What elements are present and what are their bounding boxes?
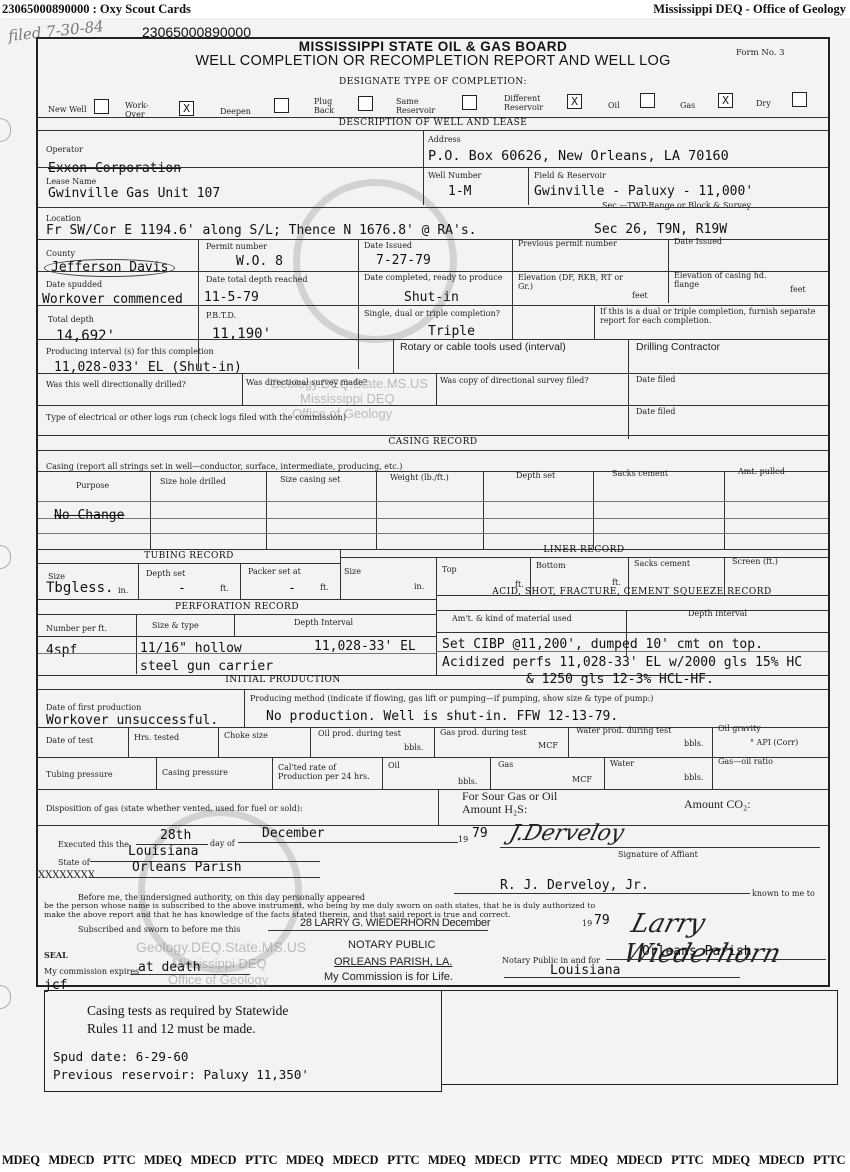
divider xyxy=(310,727,311,757)
date-td-value: 11-5-79 xyxy=(204,291,259,305)
perf-size-label: Size & type xyxy=(152,621,199,630)
new-well-checkbox[interactable] xyxy=(94,99,109,114)
oil-prod-label: Oil prod. during test xyxy=(318,729,401,738)
divider xyxy=(38,825,828,826)
date-completed-value: Shut-in xyxy=(404,291,459,305)
acid-line-2: Acidized perfs 11,028-33' EL w/2000 gls … xyxy=(442,656,802,670)
bbls-unit: bbls. xyxy=(684,739,703,748)
elevation-label: Elevation (DF, RKB, RT or Gr.) xyxy=(518,273,633,291)
day-of-label: day of xyxy=(210,839,235,848)
sec-twp-value: Sec 26, T9N, R19W xyxy=(594,223,727,237)
ft-unit: ft. xyxy=(220,584,229,593)
divider xyxy=(724,471,725,549)
note-line-2: Rules 11 and 12 must be made. xyxy=(87,1021,256,1037)
completion-type-label: Deepen xyxy=(220,107,251,116)
divider xyxy=(38,450,828,451)
executed-label: Executed this the xyxy=(58,840,129,849)
divider xyxy=(38,533,828,534)
notes-box: Casing tests as required by Statewide Ru… xyxy=(44,990,442,1092)
notary-signature: Larry Wiederhorn xyxy=(620,909,836,969)
acid-material-label: Am't. & kind of material used xyxy=(452,614,572,623)
completion-type-label: Gas xyxy=(680,101,695,110)
permit-number-value: W.O. 8 xyxy=(236,255,283,269)
divider xyxy=(38,167,828,168)
divider xyxy=(38,789,828,790)
well-completion-form: Geology.DEQ.State.MS.US Mississippi DEQ … xyxy=(36,37,830,987)
tubing-size-unit: in. xyxy=(118,586,128,595)
agency-title: Mississippi DEQ - Office of Geology xyxy=(653,2,846,17)
spud-date: Spud date: 6-29-60 xyxy=(53,1049,188,1064)
divider xyxy=(568,727,569,757)
tubing-depth-value: - xyxy=(178,582,186,596)
underline xyxy=(454,893,750,894)
divider xyxy=(128,727,129,757)
divider xyxy=(528,167,529,205)
divider xyxy=(38,501,828,502)
notary-parish: Orleans Parish xyxy=(642,945,752,959)
gas-label: Gas xyxy=(498,760,513,769)
tubing-pressure-label: Tubing pressure xyxy=(46,770,113,779)
field-reservoir-value: Gwinville - Paluxy - 11,000' xyxy=(534,185,753,199)
well-number-label: Well Number xyxy=(428,171,481,180)
casing-elev-unit: feet xyxy=(790,285,806,294)
disposition-label: Disposition of gas (state whether vented… xyxy=(46,804,303,813)
dual-note: If this is a dual or triple completion, … xyxy=(600,307,820,325)
divider xyxy=(490,757,491,789)
location-label: Location xyxy=(46,214,81,223)
address-label: Address xyxy=(428,135,461,144)
date-spudded-label: Date spudded xyxy=(46,280,102,289)
divider xyxy=(218,727,219,757)
casing-col-depth: Depth set xyxy=(516,471,555,480)
dir-survey-label: Was directional survey made? xyxy=(246,378,367,387)
elevation-unit: feet xyxy=(632,291,648,300)
drilling-contractor-label: Drilling Contractor xyxy=(636,341,720,353)
divider xyxy=(438,789,439,825)
gas-prod-label: Gas prod. during test xyxy=(440,728,527,737)
operator-value: Exxon Corporation xyxy=(48,162,181,176)
acid-line-3: & 1250 gls 12-3% HCL-HF. xyxy=(526,673,714,687)
divider xyxy=(436,610,828,611)
hrs-tested-label: Hrs. tested xyxy=(134,733,179,742)
directional-label: Was this well directionally drilled? xyxy=(46,380,186,389)
bbls-unit: bbls. xyxy=(458,777,477,786)
notary-stamp: NOTARY PUBLIC xyxy=(348,939,435,951)
divider xyxy=(266,471,267,549)
document-id-title: 23065000890000 : Oxy Scout Cards xyxy=(2,2,191,17)
divider xyxy=(38,563,340,564)
total-depth-value: 14,692' xyxy=(56,329,115,343)
completion-type-label: Plug Back xyxy=(314,97,344,115)
state-value: Louisiana xyxy=(128,845,198,859)
address-value: P.O. Box 60626, New Orleans, LA 70160 xyxy=(428,149,729,163)
notary-stamp: My Commission is for Life. xyxy=(324,971,453,983)
choke-size-label: Choke size xyxy=(224,731,268,740)
liner-size-unit: in. xyxy=(414,582,424,591)
liner-sacks-label: Sacks cement xyxy=(634,559,690,568)
divider xyxy=(38,305,828,306)
completion-type-label: New Well xyxy=(48,105,87,114)
underline xyxy=(606,959,826,960)
underline xyxy=(238,842,458,843)
well-number-value: 1-M xyxy=(448,185,471,199)
divider xyxy=(436,595,437,675)
commission-value: at death xyxy=(138,961,201,975)
date-td-label: Date total depth reached xyxy=(206,275,308,284)
divider xyxy=(136,614,137,674)
operator-label: Operator xyxy=(46,145,83,154)
liner-header: LINER RECORD xyxy=(340,545,828,555)
perf-number-value: 4spf xyxy=(46,644,77,658)
completion-type-label: Oil xyxy=(608,101,620,110)
lease-name-label: Lease Name xyxy=(46,177,96,186)
divider xyxy=(436,373,437,405)
divider xyxy=(240,563,241,599)
dry-checkbox[interactable] xyxy=(792,92,807,107)
county-label: County xyxy=(46,249,75,258)
designate-label: DESIGNATE TYPE OF COMPLETION: xyxy=(38,77,828,87)
notes-box-right xyxy=(441,990,838,1085)
h2s-label: Amount H₂S: xyxy=(462,802,527,817)
divider xyxy=(376,471,377,549)
divider xyxy=(234,614,235,636)
water-prod-label: Water prod. during test xyxy=(576,726,671,735)
sec-twp-label: Sec.—TWP-Range or Block & Survey xyxy=(602,201,751,210)
affiant-name: R. J. Derveloy, Jr. xyxy=(500,879,649,893)
completion-type-label: Dry xyxy=(756,99,771,108)
executed-month: December xyxy=(262,827,325,841)
executed-year: 79 xyxy=(472,827,488,841)
casing-col-pulled: Amt. pulled xyxy=(738,467,785,476)
logs-label: Type of electrical or other logs run (ch… xyxy=(46,413,346,422)
liner-bottom-label: Bottom xyxy=(536,561,566,570)
lease-name-value: Gwinville Gas Unit 107 xyxy=(48,187,220,201)
oil-label: Oil xyxy=(388,761,400,770)
acid-line-1: Set CIBP @11,200', dumped 10' cmt on top… xyxy=(442,638,763,652)
divider xyxy=(436,632,828,633)
casing-col-size: Size casing set xyxy=(280,475,340,484)
casing-col-purpose: Purpose xyxy=(76,481,109,490)
divider xyxy=(382,757,383,789)
divider xyxy=(38,207,828,208)
perf-depth-label: Depth Interval xyxy=(294,618,353,627)
first-prod-value: Workover unsuccessful. xyxy=(46,714,218,728)
completion-type-label: Different Reservoir xyxy=(504,94,552,112)
divider xyxy=(156,757,157,789)
county-value: Jefferson Davis xyxy=(44,259,175,277)
subscribed-year: 79 xyxy=(594,914,610,928)
divider xyxy=(434,727,435,757)
divider xyxy=(483,471,484,549)
acid-depth-label: Depth Interval xyxy=(688,609,747,618)
producing-interval-label: Producing interval (s) for this completi… xyxy=(46,347,214,356)
rotary-label: Rotary or cable tools used (interval) xyxy=(400,341,566,353)
parish-value: Orleans Parish xyxy=(132,861,242,875)
location-value: Fr SW/Cor E 1194.6' along S/L; Thence N … xyxy=(46,224,476,238)
casing-value: No Change xyxy=(54,509,124,523)
divider xyxy=(628,339,629,439)
previous-permit-label: Previous permit number xyxy=(518,239,617,248)
form-subtitle: WELL COMPLETION OR RECOMPLETION REPORT A… xyxy=(38,53,828,69)
seal-label: SEAL xyxy=(44,951,68,960)
subscribed-label: Subscribed and sworn to before me this xyxy=(78,925,240,934)
dir-copy-label: Was copy of directional survey filed? xyxy=(440,376,620,385)
pbtd-label: P.B.T.D. xyxy=(206,311,236,320)
same-reservoir-checkbox[interactable] xyxy=(462,95,477,110)
date-completed-label: Date completed, ready to produce xyxy=(364,273,504,282)
ft-unit: ft. xyxy=(320,583,329,592)
divider xyxy=(244,689,245,727)
divider xyxy=(138,563,139,599)
gas-oil-ratio-label: Gas—oil ratio xyxy=(718,757,773,766)
watermark-text: Geology.DEQ.State.MS.US xyxy=(136,939,306,955)
form-number: Form No. 3 xyxy=(736,49,785,58)
year-prefix: 19 xyxy=(458,835,468,844)
watermark-text: Mississippi DEQ xyxy=(300,391,395,406)
form-title: MISSISSIPPI STATE OIL & GAS BOARD xyxy=(38,39,828,54)
underline xyxy=(268,930,488,931)
casing-col-sacks: Sacks cement xyxy=(612,469,668,478)
divider xyxy=(38,518,828,519)
total-depth-label: Total depth xyxy=(48,315,94,324)
notary-stamp: ORLEANS PARISH, LA. xyxy=(334,956,452,968)
permit-number-label: Permit number xyxy=(206,242,267,251)
divider xyxy=(712,727,713,757)
previous-reservoir: Previous reservoir: Paluxy 11,350' xyxy=(53,1067,309,1082)
oil-checkbox[interactable] xyxy=(640,93,655,108)
casing-header: CASING RECORD xyxy=(38,437,828,447)
perf-header: PERFORATION RECORD xyxy=(38,602,436,612)
affiant-signature: J.Derveloy xyxy=(507,821,627,846)
divider xyxy=(38,435,828,436)
completion-kind-value: Triple xyxy=(428,325,475,339)
date-issued-label: Date Issued xyxy=(364,241,412,250)
divider xyxy=(393,339,394,373)
divider xyxy=(38,689,828,690)
underline xyxy=(130,974,250,975)
signature-label: Signature of Affiant xyxy=(618,850,698,859)
commission-label: My commission expires xyxy=(44,967,139,976)
plug-back-checkbox[interactable] xyxy=(358,96,373,111)
divider xyxy=(38,339,828,340)
mcf-unit: MCF xyxy=(538,741,558,750)
divider xyxy=(38,471,828,472)
mcf-unit: MCF xyxy=(572,775,592,784)
first-prod-label: Date of first production xyxy=(46,703,141,712)
casing-elev-label: Elevation of casing hd. flange xyxy=(674,271,774,289)
casing-note: Casing (report all strings set in well—c… xyxy=(46,462,402,471)
divider xyxy=(38,599,436,600)
bbls-unit: bbls. xyxy=(684,773,703,782)
subscribed-value: 28 LARRY G. WIEDERHORN December xyxy=(300,917,490,929)
county-of-struck: XXXXXXXX xyxy=(38,871,95,880)
tubing-size-value: Tbgless. xyxy=(46,581,113,595)
date-issued-value: 7-27-79 xyxy=(376,254,431,268)
divider xyxy=(38,614,436,615)
date-filed2-label: Date filed xyxy=(636,407,675,416)
year-prefix: 19 xyxy=(582,919,592,928)
api-unit: ° API (Corr) xyxy=(750,738,798,747)
work-over-checkbox[interactable]: X xyxy=(179,101,194,116)
divider xyxy=(594,305,595,339)
date-of-test-label: Date of test xyxy=(46,736,93,745)
perf-size-value-2: steel gun carrier xyxy=(140,660,273,674)
divider xyxy=(38,653,436,654)
divider xyxy=(436,651,828,652)
field-reservoir-label: Field & Reservoir xyxy=(534,171,606,180)
description-header: DESCRIPTION OF WELL AND LEASE xyxy=(38,118,828,128)
different-reservoir-checkbox[interactable]: X xyxy=(567,94,582,109)
liner-size-label: Size xyxy=(344,567,361,576)
casing-pressure-label: Casing pressure xyxy=(162,768,228,777)
divider xyxy=(38,727,828,728)
divider xyxy=(423,167,424,205)
divider xyxy=(150,471,151,549)
affiant-text: be the person whose name is subscribed t… xyxy=(44,901,595,910)
date-filed-label: Date filed xyxy=(636,375,675,384)
divider xyxy=(38,405,828,406)
watermark-logo xyxy=(293,179,457,343)
acid-header: ACID, SHOT, FRACTURE, CEMENT SQUEEZE REC… xyxy=(436,587,828,597)
affiant-known: known to me to xyxy=(752,889,815,898)
note-line-1: Casing tests as required by Statewide xyxy=(87,1003,288,1019)
underline xyxy=(500,847,820,848)
viewer-header: 23065000890000 : Oxy Scout Cards Mississ… xyxy=(0,0,850,18)
casing-col-hole: Size hole drilled xyxy=(160,477,226,486)
prod-method-label: Producing method (indicate if flowing, g… xyxy=(250,694,653,703)
divider xyxy=(242,373,243,405)
divider xyxy=(593,471,594,549)
divider xyxy=(712,757,713,789)
divider xyxy=(38,130,828,131)
prev-date-issued-label: Date Issued xyxy=(674,237,722,246)
tubing-header: TUBING RECORD xyxy=(38,551,340,561)
footer-banner: MDEQ MDECD PTTC MDEQ MDECD PTTC MDEQ MDE… xyxy=(0,1153,850,1172)
ft-unit: ft. xyxy=(612,578,621,587)
water-label: Water xyxy=(610,759,634,768)
completion-kind-label: Single, dual or triple completion? xyxy=(364,309,500,318)
tubing-packer-label: Packer set at xyxy=(248,567,301,576)
casing-col-weight: Weight (lb./ft.) xyxy=(390,473,449,482)
executed-day: 28th xyxy=(160,829,191,843)
perf-depth-value: 11,028-33' EL xyxy=(314,640,416,654)
oil-gravity-label: Oil gravity xyxy=(718,724,761,733)
tubing-packer-value: - xyxy=(288,582,296,596)
co2-label: Amount CO₂: xyxy=(684,797,751,812)
divider xyxy=(38,373,828,374)
prod-method-value: No production. Well is shut-in. FFW 12-1… xyxy=(266,710,618,724)
state-label: State of xyxy=(58,858,90,867)
liner-top-label: Top xyxy=(442,565,457,574)
divider xyxy=(358,239,359,369)
perf-number-label: Number per ft. xyxy=(46,624,107,633)
divider xyxy=(604,757,605,789)
notary-state: Louisiana xyxy=(550,964,620,978)
divider xyxy=(38,636,436,637)
completion-type-label: Same Reservoir xyxy=(396,97,444,115)
deepen-checkbox[interactable] xyxy=(274,98,289,113)
divider xyxy=(512,239,513,339)
divider xyxy=(272,757,273,789)
tubing-depth-label: Depth set xyxy=(146,569,185,578)
underline xyxy=(504,977,740,978)
underline xyxy=(90,877,320,878)
bbls-unit: bbls. xyxy=(404,743,423,752)
liner-screen-label: Screen (ft.) xyxy=(732,557,778,566)
gas-checkbox[interactable]: X xyxy=(718,93,733,108)
calc-rate-label: Cal'ted rate of Production per 24 hrs. xyxy=(278,763,378,781)
